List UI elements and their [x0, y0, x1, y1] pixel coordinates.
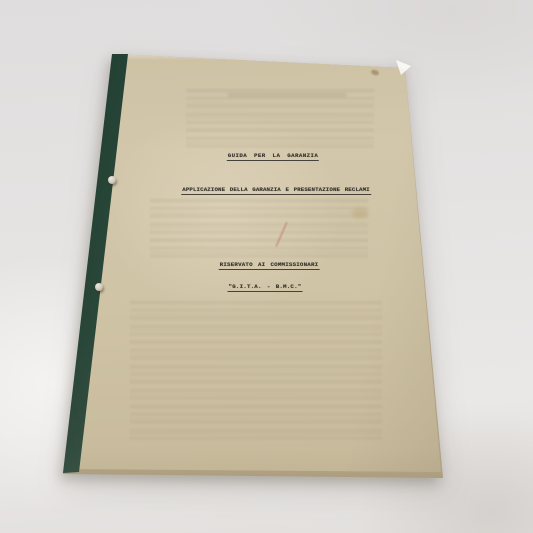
faint-stain	[352, 208, 368, 218]
paper-fastener-top	[108, 176, 116, 184]
ghost-text-block-middle	[150, 198, 368, 258]
document-organization-line: "G.I.T.A. - B.M.C."	[228, 284, 303, 292]
ghost-text-block-bottom	[130, 300, 382, 442]
ghost-heading-smudge	[228, 93, 346, 97]
photo-scene: GUIDA PER LA GARANZIA APPLICAZIONE DELLA…	[0, 0, 533, 533]
document-restriction-line: RISERVATO AI COMMISSIONARI	[219, 262, 320, 270]
paper-fastener-bottom	[95, 283, 103, 291]
document-booklet: GUIDA PER LA GARANZIA APPLICAZIONE DELLA…	[0, 0, 533, 533]
document-subtitle: APPLICAZIONE DELLA GARANZIA E PRESENTAZI…	[181, 187, 371, 195]
brown-stain-speck	[370, 69, 379, 76]
ghost-text-block-top	[186, 88, 374, 152]
document-title: GUIDA PER LA GARANZIA	[227, 153, 319, 161]
